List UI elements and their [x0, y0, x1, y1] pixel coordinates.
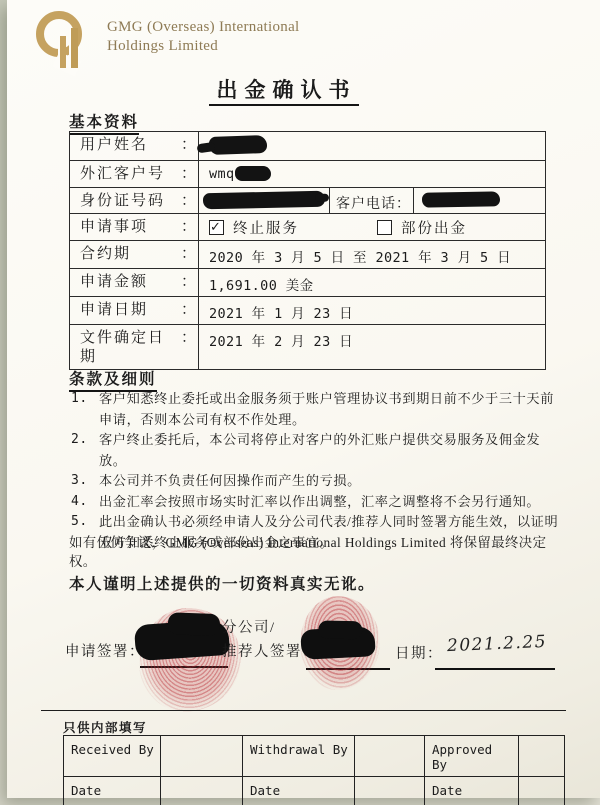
checkbox-unchecked-icon — [377, 220, 392, 235]
withdrawal-by-blank-cell — [354, 736, 424, 776]
internal-header-row: Received By Withdrawal By Approved By — [64, 736, 564, 777]
basic-info-table: 用户姓名 ： 外汇客户号 ： wmq 身份证号码 ： — [69, 131, 546, 370]
term-item-4: 4. 出金汇率会按照市场实时汇率以作出调整，汇率之调整将不会另行通知。 — [69, 492, 561, 513]
document-title: 出金确认书 — [7, 74, 560, 104]
field-label: 申请金额 ： — [70, 269, 198, 296]
option-label: 部份出金 — [401, 217, 467, 238]
id-number-value — [199, 188, 329, 213]
approved-date-cell: Date — [424, 777, 518, 805]
received-date-cell: Date — [64, 777, 160, 805]
table-row-id-number: 身份证号码 ： 客户电话： — [70, 188, 545, 214]
redaction-blob — [422, 191, 500, 207]
table-row-username: 用户姓名 ： — [70, 132, 545, 161]
field-value-confirm-date: 2021 年 2 月 23 日 — [198, 325, 545, 369]
company-name-line2: Holdings Limited — [107, 37, 300, 56]
date-line — [435, 668, 555, 670]
section-divider — [41, 710, 566, 711]
client-no-prefix: wmq — [209, 166, 235, 182]
received-by-blank-cell — [160, 736, 242, 776]
logo-bar-right — [69, 28, 78, 68]
field-label: 文件确定日期 ： — [70, 325, 198, 369]
gmg-logo-icon — [33, 8, 101, 76]
phone-label: 客户电话： — [329, 188, 413, 213]
redaction-blob — [209, 135, 268, 155]
field-value-id-phone: 客户电话： — [198, 188, 545, 213]
term-item-2: 2. 客户终止委托后，本公司将停止对客户的外汇账户提供交易服务及佣金发放。 — [69, 430, 561, 471]
table-row-request-date: 申请日期 ： 2021 年 1 月 23 日 — [70, 297, 545, 325]
date-label: 日期： — [395, 642, 443, 663]
withdrawal-date-blank-cell — [354, 777, 424, 805]
table-row-fx-client-no: 外汇客户号 ： wmq — [70, 161, 545, 188]
handwritten-date: 2021.2.25 — [447, 632, 548, 656]
field-value-amount: 1,691.00 美金 — [198, 269, 545, 296]
field-label: 申请日期 ： — [70, 297, 198, 324]
table-row-confirm-date: 文件确定日期 ： 2021 年 2 月 23 日 — [70, 325, 545, 369]
field-label: 用户姓名 ： — [70, 132, 198, 160]
terms-list: 1. 客户知悉终止委托或出金服务须于账户管理协议书到期日前不少于三十天前申请，否… — [69, 389, 561, 553]
field-label: 身份证号码 ： — [70, 188, 198, 213]
redacted-signature-applicant — [134, 619, 230, 661]
redaction-blob — [235, 166, 271, 181]
received-date-blank-cell — [160, 777, 242, 805]
field-label: 外汇客户号 ： — [70, 161, 198, 187]
field-label: 合约期 ： — [70, 241, 198, 268]
logo-bar-left — [58, 34, 66, 68]
field-value-request-date: 2021 年 1 月 23 日 — [198, 297, 545, 324]
scanned-document-page: GMG (Overseas) International Holdings Li… — [7, 0, 600, 798]
approved-by-blank-cell — [518, 736, 564, 776]
received-by-cell: Received By — [64, 736, 160, 776]
approved-date-blank-cell — [518, 777, 564, 805]
option-terminate-service: ✓ 终止服务 — [209, 217, 299, 238]
internal-date-row: Date Date Date — [64, 777, 564, 805]
internal-use-heading: 只供内部填写 — [63, 718, 147, 736]
field-label: 申请事项 ： — [70, 214, 198, 240]
table-row-amount: 申请金额 ： 1,691.00 美金 — [70, 269, 545, 297]
table-row-contract-period: 合约期 ： 2020 年 3 月 5 日 至 2021 年 3 月 5 日 — [70, 241, 545, 269]
declaration-statement: 本人谨明上述提供的一切资料真实无讹。 — [69, 572, 375, 594]
checkbox-checked-icon: ✓ — [209, 220, 224, 235]
request-type-options: ✓ 终止服务 部份出金 — [198, 214, 545, 240]
term-item-3: 3. 本公司并不负责任何因操作而产生的亏损。 — [69, 471, 561, 492]
approved-by-cell: Approved By — [424, 736, 518, 776]
phone-value — [413, 188, 545, 213]
signature-section: 申请签署： 分公司/ 推荐人签署： 日期： 2021.2.25 — [7, 606, 600, 712]
withdrawal-by-cell: Withdrawal By — [242, 736, 354, 776]
field-value-username — [198, 132, 545, 160]
company-name: GMG (Overseas) International Holdings Li… — [107, 18, 300, 56]
applicant-signature-label: 申请签署： — [65, 640, 145, 661]
field-value-contract-period: 2020 年 3 月 5 日 至 2021 年 3 月 5 日 — [198, 241, 545, 268]
option-partial-withdrawal: 部份出金 — [377, 217, 467, 238]
internal-use-table: Received By Withdrawal By Approved By Da… — [63, 735, 565, 805]
table-row-request-type: 申请事项 ： ✓ 终止服务 部份出金 — [70, 214, 545, 241]
redacted-signature-branch — [300, 626, 375, 660]
field-value-client-no: wmq — [198, 161, 545, 187]
dispute-note: 如有任何争议，GMG (Overseas) International Hold… — [69, 532, 563, 570]
option-label: 终止服务 — [233, 217, 299, 238]
withdrawal-date-cell: Date — [242, 777, 354, 805]
redaction-blob — [203, 191, 325, 210]
term-item-1: 1. 客户知悉终止委托或出金服务须于账户管理协议书到期日前不少于三十天前申请，否… — [69, 389, 561, 430]
company-name-line1: GMG (Overseas) International — [107, 18, 300, 37]
